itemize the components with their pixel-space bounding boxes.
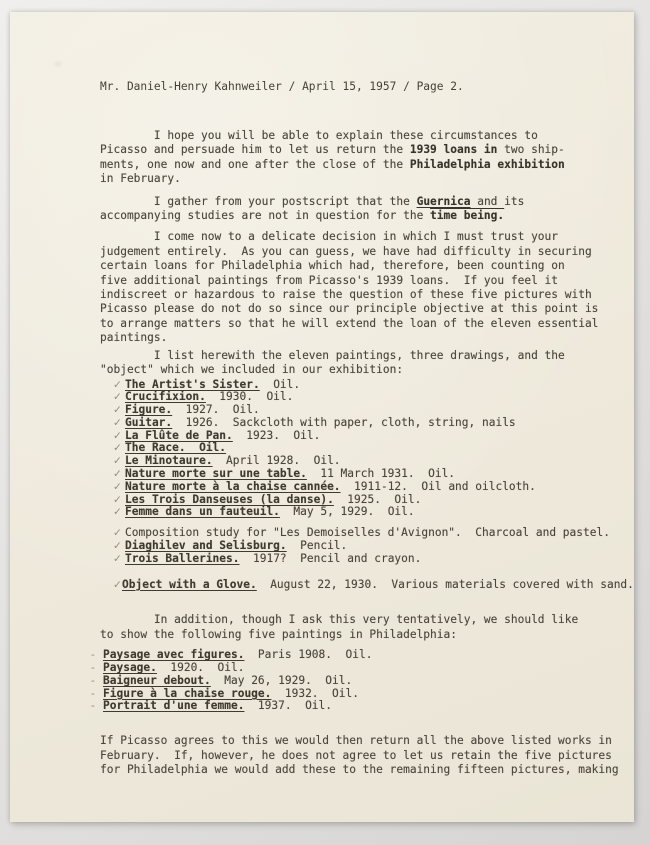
artwork-details: 11 March 1931. Oil.: [307, 467, 455, 480]
paintings-list: ✓The Artist's Sister. Oil. ✓Crucifixion.…: [100, 379, 616, 520]
checkmark-icon: ✓: [113, 506, 122, 519]
artwork-title: Nature morte sur une table.: [125, 467, 307, 480]
artwork-title: Le Minotaure.: [125, 454, 213, 467]
artwork-title: Guitar.: [125, 416, 172, 429]
artwork-details: 1911-12. Oil and oilcloth.: [341, 480, 536, 493]
artwork-title: The Race. Oil.: [125, 441, 226, 454]
object-list: ✓Object with a Glove. August 22, 1930. V…: [100, 579, 616, 592]
dash-icon: -: [91, 700, 95, 713]
artwork-title: La Flûte de Pan.: [125, 429, 233, 442]
checkmark-icon: ✓: [113, 468, 122, 481]
paragraph-list-intro: I list herewith the eleven paintings, th…: [100, 349, 616, 378]
dash-icon: -: [91, 675, 95, 688]
dash-icon: -: [91, 662, 95, 675]
tentative-list-item: -Portrait d'une femme. 1937. Oil.: [100, 700, 616, 713]
artwork-details: Composition study for "Les Demoiselles d…: [125, 526, 610, 539]
artwork-title: Object with a Glove.: [122, 578, 257, 591]
artwork-details: 1937. Oil.: [244, 699, 332, 712]
artwork-details: Pencil.: [287, 539, 348, 552]
checkmark-icon: ✓: [113, 481, 122, 494]
emphasis-time-being: time being.: [430, 209, 504, 222]
guernica-underlined: Guernica: [417, 195, 471, 208]
artwork-title: Trois Ballerines.: [125, 552, 240, 565]
artwork-details: 1927. Oil.: [172, 403, 260, 416]
dash-icon: -: [91, 688, 95, 701]
artwork-details: 1917? Pencil and crayon.: [240, 552, 422, 565]
dash-icon: -: [91, 649, 95, 662]
artwork-details: 1923. Oil.: [233, 429, 321, 442]
artwork-title: The Artist's Sister.: [125, 378, 260, 391]
artwork-details: 1925. Oil.: [334, 493, 422, 506]
artwork-details: May 26, 1929. Oil.: [211, 674, 352, 687]
checkmark-icon: ✓: [113, 527, 122, 540]
paragraph-return-shipments: I hope you will be able to explain these…: [100, 129, 616, 187]
paragraph-text: I gather from your postscript that the: [100, 195, 417, 208]
artwork-title: Baigneur debout.: [103, 674, 211, 687]
artwork-details: 1932. Oil.: [271, 687, 359, 700]
checkmark-icon: ✓: [113, 417, 122, 430]
paragraph-text: in February.: [100, 172, 181, 185]
paragraph-closing: If Picasso agrees to this we would then …: [100, 734, 616, 777]
painting-list-item: ✓Femme dans un fauteuil. May 5, 1929. Oi…: [100, 506, 616, 519]
letter-page: Mr. Daniel-Henry Kahnweiler / April 15, …: [10, 12, 634, 822]
checkmark-icon: ✓: [113, 553, 122, 566]
checkmark-icon: ✓: [113, 579, 122, 592]
artwork-details: Oil.: [260, 378, 300, 391]
artwork-title: Crucifixion.: [125, 390, 206, 403]
artwork-title: Diaghilev and Selisburg.: [125, 539, 287, 552]
object-list-item: ✓Object with a Glove. August 22, 1930. V…: [100, 579, 616, 592]
artwork-details: Paris 1908. Oil.: [244, 648, 372, 661]
artwork-title: Nature morte à la chaise cannée.: [125, 480, 341, 493]
paragraph-tentative-request: In addition, though I ask this very tent…: [100, 613, 616, 642]
artwork-details: August 22, 1930. Various materials cover…: [257, 578, 634, 591]
artwork-title: Paysage.: [103, 661, 157, 674]
artwork-title: Femme dans un fauteuil.: [125, 505, 280, 518]
checkmark-icon: ✓: [113, 494, 122, 507]
emphasis-1939-loans: 1939 loans in: [410, 143, 498, 156]
artwork-title: Figure à la chaise rouge.: [103, 687, 271, 700]
paragraph-delicate-decision: I come now to a delicate decision in whi…: [100, 230, 616, 345]
artwork-details: April 1928. Oil.: [213, 454, 341, 467]
checkmark-icon: ✓: [113, 430, 122, 443]
artwork-details: 1920. Oil.: [157, 661, 245, 674]
drawing-list-item: ✓Trois Ballerines. 1917? Pencil and cray…: [100, 553, 616, 566]
artwork-title: Paysage avec figures.: [103, 648, 244, 661]
artwork-details: 1930. Oil.: [206, 390, 294, 403]
checkmark-icon: ✓: [113, 391, 122, 404]
letter-content: Mr. Daniel-Henry Kahnweiler / April 15, …: [10, 12, 634, 822]
tentative-paintings-list: -Paysage avec figures. Paris 1908. Oil. …: [100, 649, 616, 713]
checkmark-icon: ✓: [113, 442, 122, 455]
checkmark-icon: ✓: [113, 455, 122, 468]
artwork-title: Figure.: [125, 403, 172, 416]
artwork-title: Portrait d'une femme.: [103, 699, 244, 712]
artwork-details: May 5, 1929. Oil.: [280, 505, 415, 518]
checkmark-icon: ✓: [113, 540, 122, 553]
artwork-details: 1926. Sackcloth with paper, cloth, strin…: [172, 416, 516, 429]
emphasis-philadelphia-exhibition: Philadelphia exhibition: [410, 158, 565, 171]
checkmark-icon: ✓: [113, 379, 122, 392]
paragraph-guernica: I gather from your postscript that the G…: [100, 195, 616, 224]
letter-header: Mr. Daniel-Henry Kahnweiler / April 15, …: [100, 80, 616, 94]
drawings-list: ✓Composition study for "Les Demoiselles …: [100, 527, 616, 565]
checkmark-icon: ✓: [113, 404, 122, 417]
artwork-title: Les Trois Danseuses (la danse).: [125, 493, 334, 506]
